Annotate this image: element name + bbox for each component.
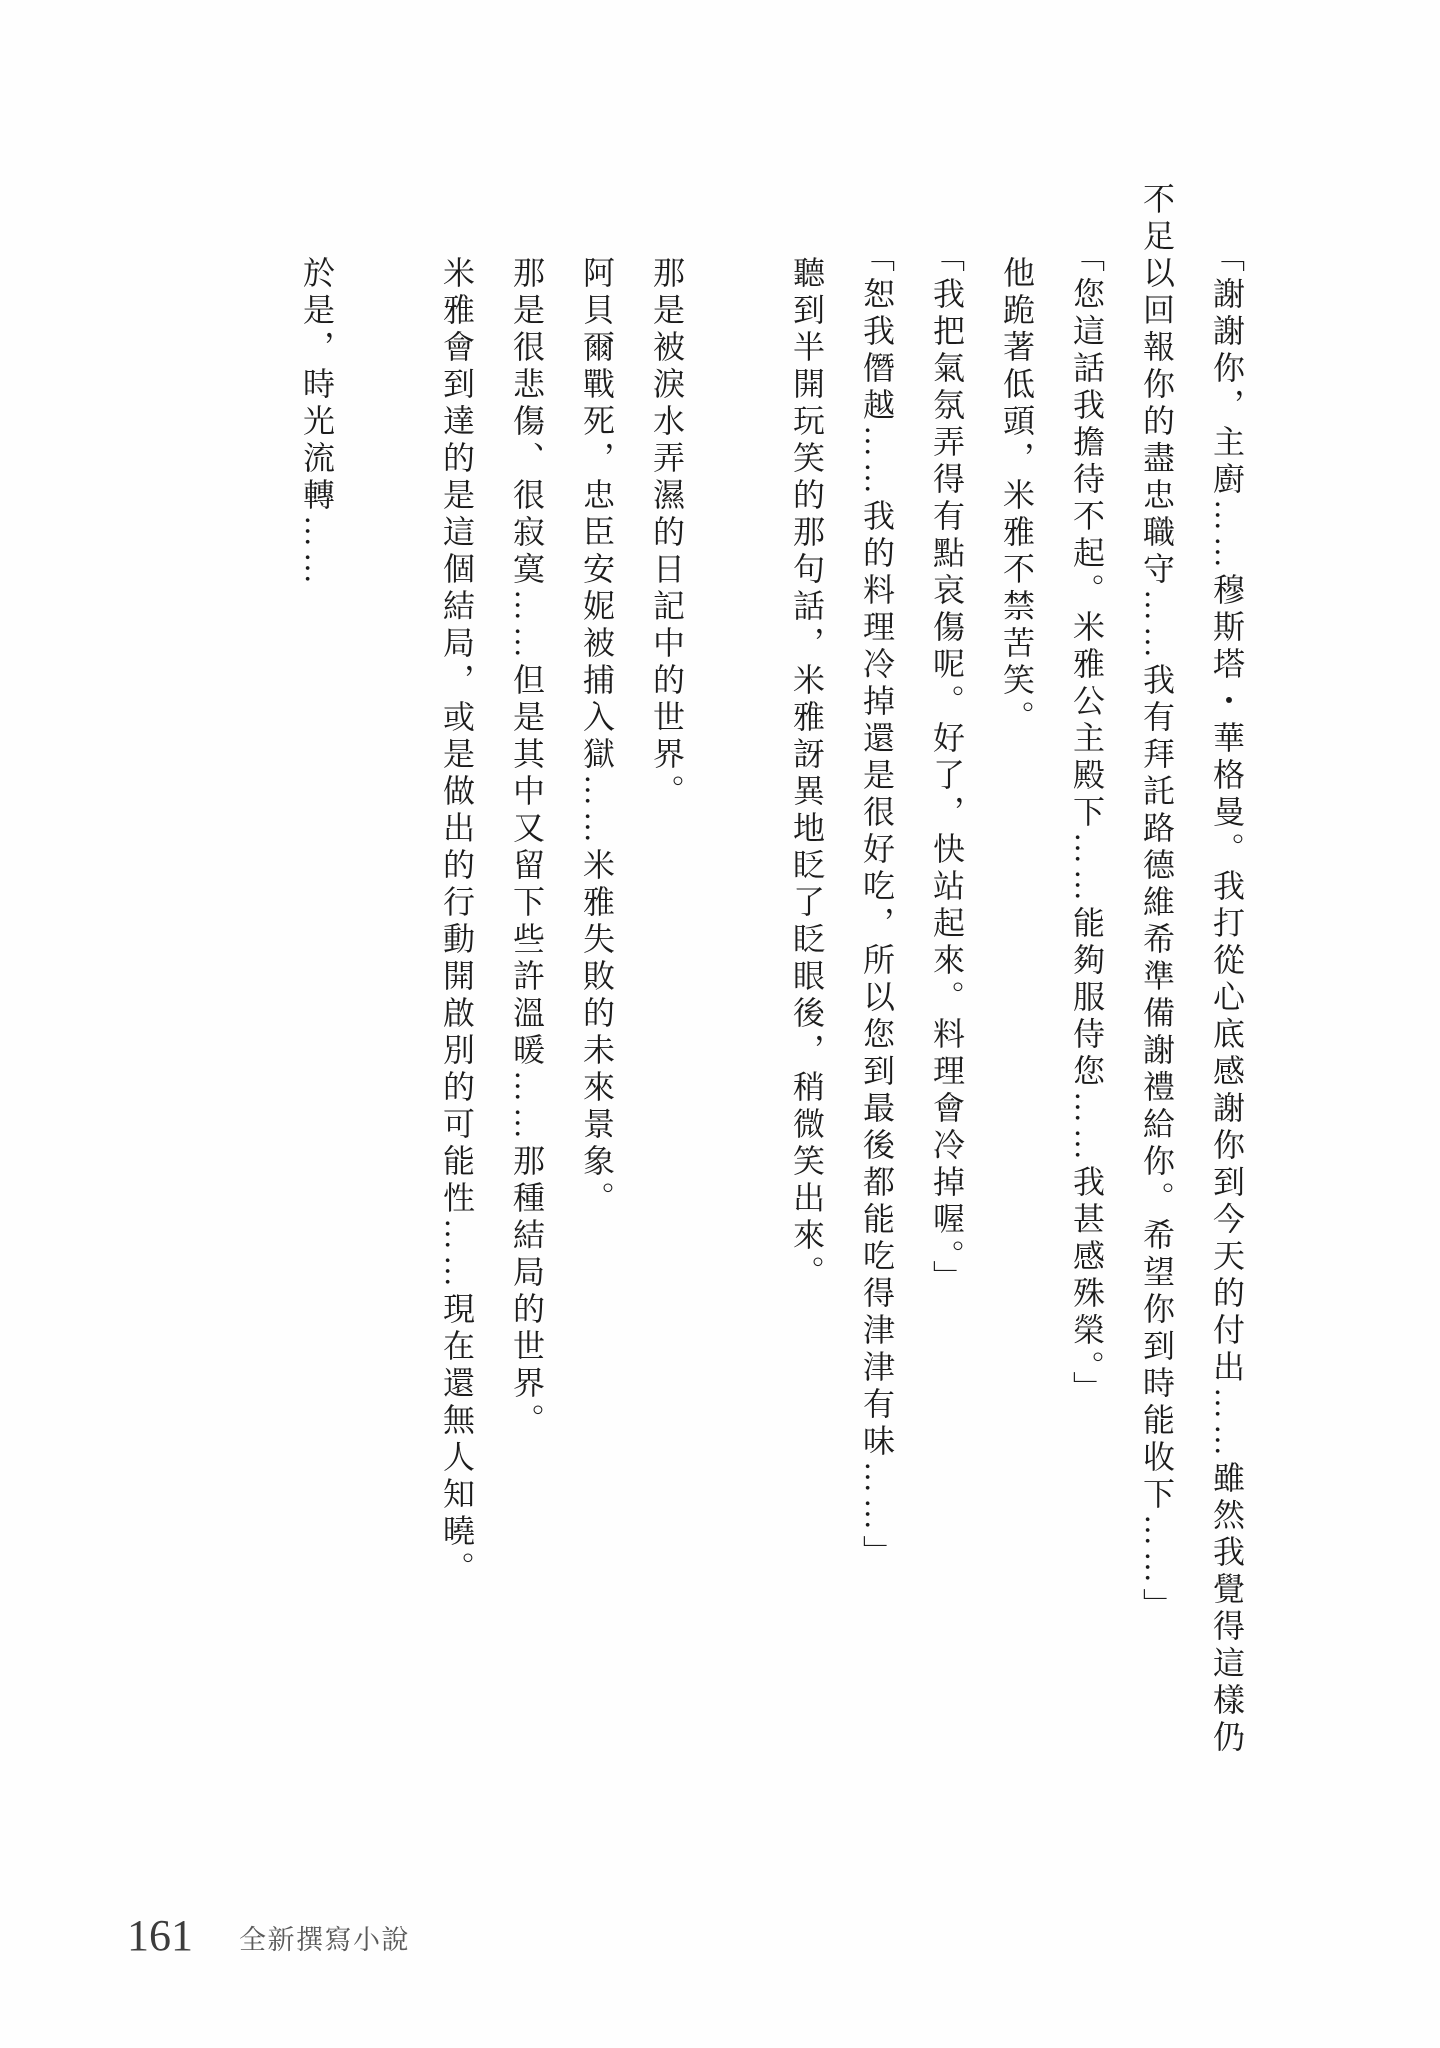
- blank-line: [702, 182, 772, 1782]
- text-line: 「您這話我擔待不起。米雅公主殿下……能夠服侍您……我甚感殊榮。」: [1052, 182, 1122, 1782]
- text-line: 那是很悲傷、很寂寞……但是其中又留下些許溫暖……那種結局的世界。: [492, 182, 562, 1782]
- text-line: 於是，時光流轉……: [282, 182, 352, 1782]
- text-line: 阿貝爾戰死，忠臣安妮被捕入獄……米雅失敗的未來景象。: [562, 182, 632, 1782]
- text-line: 「恕我僭越……我的料理冷掉還是很好吃，所以您到最後都能吃得津津有味……」: [842, 182, 912, 1782]
- text-line: 他跪著低頭，米雅不禁苦笑。: [982, 182, 1052, 1782]
- text-line: 不足以回報你的盡忠職守……我有拜託路德維希準備謝禮給你。希望你到時能收下……」: [1122, 182, 1192, 1782]
- vertical-text-block: 「謝謝你，主廚……穆斯塔・華格曼。我打從心底感謝你到今天的付出……雖然我覺得這樣…: [282, 182, 1262, 1782]
- blank-line: [352, 182, 422, 1782]
- text-line: 那是被淚水弄濕的日記中的世界。: [632, 182, 702, 1782]
- text-line: 「謝謝你，主廚……穆斯塔・華格曼。我打從心底感謝你到今天的付出……雖然我覺得這樣…: [1192, 182, 1262, 1782]
- running-title: 全新撰寫小說: [239, 1924, 410, 1956]
- text-line: 「我把氣氛弄得有點哀傷呢。好了，快站起來。料理會冷掉喔。」: [912, 182, 982, 1782]
- page-number: 161: [127, 1912, 193, 1960]
- book-page: 「謝謝你，主廚……穆斯塔・華格曼。我打從心底感謝你到今天的付出……雖然我覺得這樣…: [0, 0, 1440, 2048]
- text-line: 聽到半開玩笑的那句話，米雅訝異地眨了眨眼後，稍微笑出來。: [772, 182, 842, 1782]
- text-line: 米雅會到達的是這個結局，或是做出的行動開啟別的可能性……現在還無人知曉。: [422, 182, 492, 1782]
